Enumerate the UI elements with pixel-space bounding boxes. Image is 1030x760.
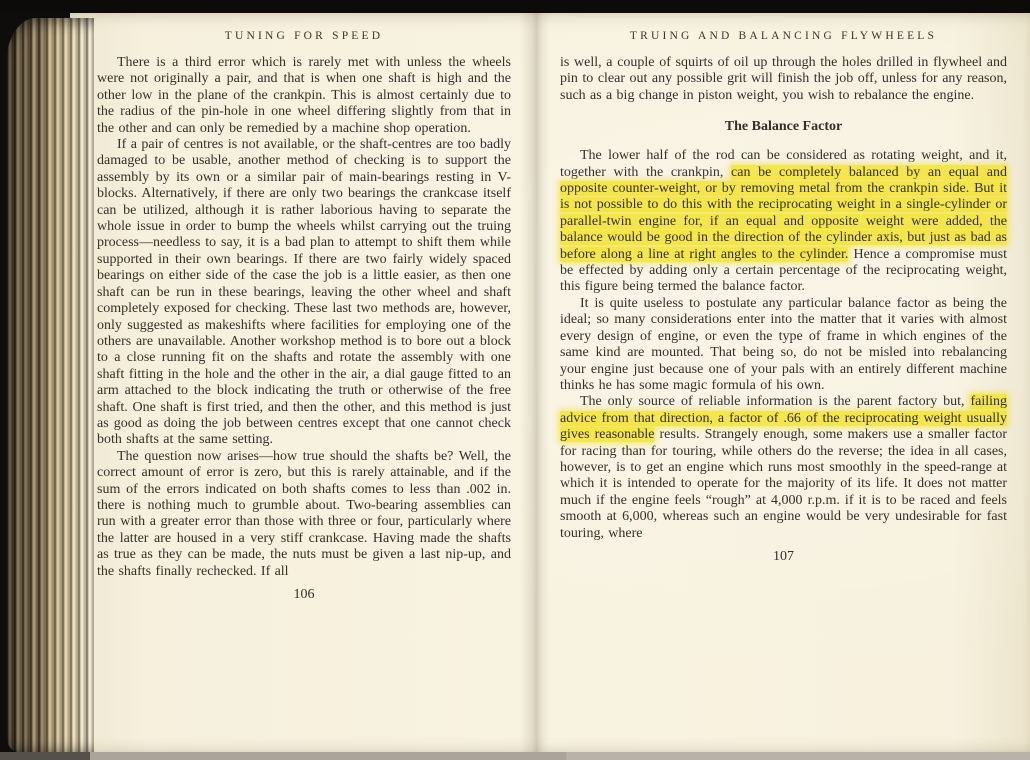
running-head-right: TRUING AND BALANCING FLYWHEELS	[560, 30, 1007, 42]
paragraph: is well, a couple of squirts of oil up t…	[560, 55, 1007, 104]
text-segment: If a pair of centres is not available, o…	[97, 137, 511, 447]
scan-top-edge	[0, 0, 1030, 13]
right-page-intro-text: is well, a couple of squirts of oil up t…	[560, 55, 1007, 104]
scan-bottom-edge	[0, 752, 1030, 760]
text-segment: results. Strangely enough, some makers u…	[560, 427, 1007, 540]
left-page-text: There is a third error which is rarely m…	[97, 55, 511, 580]
text-segment: The only source of reliable information …	[580, 394, 970, 409]
paragraph: There is a third error which is rarely m…	[97, 55, 511, 137]
paragraph: If a pair of centres is not available, o…	[97, 137, 511, 449]
running-head-left: TUNING FOR SPEED	[97, 30, 511, 42]
paragraph: The lower half of the rod can be conside…	[560, 148, 1007, 296]
paragraph: The question now arises—how true should …	[97, 449, 511, 580]
text-segment: The question now arises—how true should …	[97, 449, 511, 579]
paragraph: The only source of reliable information …	[560, 394, 1007, 542]
right-page-section-text: The lower half of the rod can be conside…	[560, 148, 1007, 542]
section-heading-balance-factor: The Balance Factor	[560, 119, 1007, 135]
text-segment: is well, a couple of squirts of oil up t…	[560, 55, 1007, 103]
text-segment: There is a third error which is rarely m…	[97, 55, 511, 136]
page-number-left: 106	[97, 587, 511, 603]
paragraph: It is quite useless to postulate any par…	[560, 296, 1007, 394]
page-number-right: 107	[560, 549, 1007, 565]
text-segment: It is quite useless to postulate any par…	[560, 296, 1007, 393]
right-page: TRUING AND BALANCING FLYWHEELS is well, …	[560, 30, 1007, 565]
gutter-shadow	[520, 13, 550, 752]
page-stack-edge	[6, 18, 94, 752]
left-page: TUNING FOR SPEED There is a third error …	[97, 30, 511, 603]
